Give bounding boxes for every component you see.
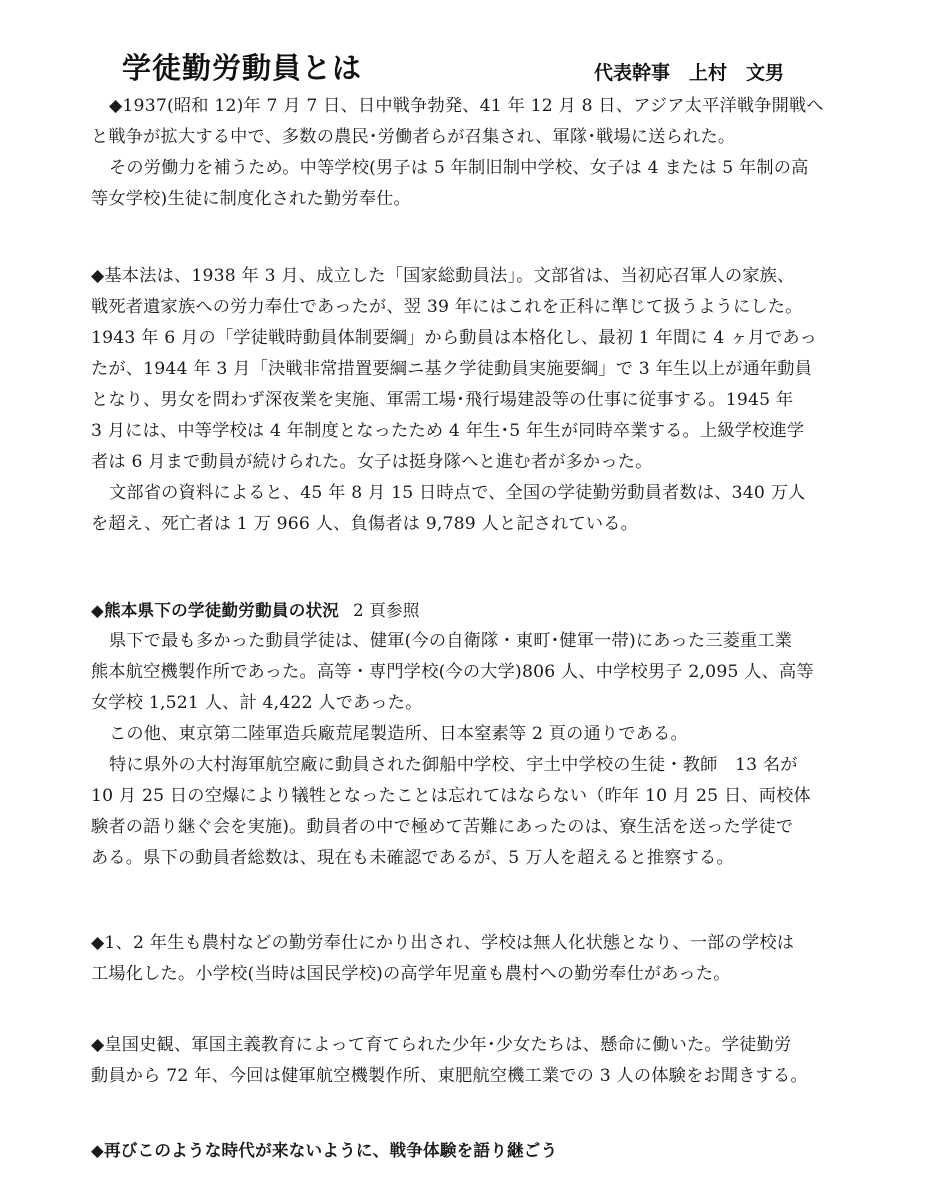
paragraph-line: 女学校 1,521 人、計 4,422 人であった。	[91, 688, 861, 719]
paragraph-line: ◆皇国史観、軍国主義教育によって育てられた少年･少女たちは、懸命に働いた。学徒勤…	[91, 1030, 861, 1061]
paragraph-line: 動員から 72 年、今回は健軍航空機製作所、東肥航空機工業での 3 人の体験をお…	[91, 1061, 861, 1092]
paragraph-line: この他、東京第二陸軍造兵廠荒尾製造所、日本窒素等 2 頁の通りである。	[91, 719, 861, 750]
paragraph-line: 工場化した。小学校(当時は国民学校)の高学年児童も農村への勤労奉仕があった。	[91, 959, 861, 990]
section-education: ◆皇国史観、軍国主義教育によって育てられた少年･少女たちは、懸命に働いた。学徒勤…	[91, 1030, 861, 1092]
paragraph-line: 熊本航空機製作所であった。高等・専門学校(今の大学)806 人、中学校男子 2,…	[91, 657, 861, 688]
section-young-students: ◆1、2 年生も農村などの勤労奉仕にかり出され、学校は無人化状態となり、一部の学…	[91, 928, 861, 990]
paragraph-line: 験者の語り継ぐ会を実施)。動員者の中で極めて苦難にあったのは、寮生活を送った学徒…	[91, 812, 861, 843]
paragraph-line: 県下で最も多かった動員学徒は、健軍(今の自衛隊・東町･健軍一帯)にあった三菱重工…	[91, 626, 861, 657]
paragraph-line: 3 月には、中等学校は 4 年制度となったため 4 年生･5 年生が同時卒業する…	[91, 416, 861, 447]
author-line: 代表幹事 上村 文男	[594, 58, 784, 85]
paragraph-line: を超え、死亡者は 1 万 966 人、負傷者は 9,789 人と記されている。	[91, 509, 861, 540]
paragraph-line: となり、男女を問わず深夜業を実施、軍需工場･飛行場建設等の仕事に従事する。194…	[91, 385, 861, 416]
paragraph-line: ◆基本法は、1938 年 3 月、成立した「国家総動員法」。文部省は、当初応召軍…	[91, 261, 861, 292]
paragraph-line: 戦死者遺家族への労力奉仕であったが、翌 39 年にはこれを正科に準じて扱うように…	[91, 292, 861, 323]
document-page: 学徒勤労動員とは 代表幹事 上村 文男 ◆1937(昭和 12)年 7 月 7 …	[0, 0, 946, 1200]
paragraph-line: と戦争が拡大する中で、多数の農民･労働者らが召集され、軍隊･戦場に送られた。	[91, 122, 861, 153]
closing-heading: ◆再びこのような時代が来ないように、戦争体験を語り継ごう	[91, 1135, 861, 1166]
paragraph-line: 1943 年 6 月の「学徒戦時動員体制要綱」から動員は本格化し、最初 1 年間…	[91, 323, 861, 354]
paragraph-line: ある。県下の動員者総数は、現在も未確認であるが、5 万人を超えると推察する。	[91, 843, 861, 874]
page-reference: 2 頁参照	[353, 601, 420, 620]
paragraph-line: ◆1、2 年生も農村などの勤労奉仕にかり出され、学校は無人化状態となり、一部の学…	[91, 928, 861, 959]
paragraph-line: 文部省の資料によると、45 年 8 月 15 日時点で、全国の学徒勤労動員者数は…	[91, 478, 861, 509]
section-kumamoto: ◆熊本県下の学徒勤労動員の状況2 頁参照 県下で最も多かった動員学徒は、健軍(今…	[91, 595, 861, 874]
paragraph-line: たが、1944 年 3 月「決戦非常措置要綱ニ基ク学徒動員実施要綱」で 3 年生…	[91, 354, 861, 385]
paragraph-line: その労働力を補うため。中等学校(男子は 5 年制旧制中学校、女子は 4 または …	[91, 153, 861, 184]
heading-text: ◆熊本県下の学徒勤労動員の状況	[91, 601, 339, 620]
paragraph-line: 等女学校)生徒に制度化された勤労奉仕。	[91, 184, 861, 215]
page-title: 学徒勤労動員とは	[122, 46, 362, 87]
section-intro: ◆1937(昭和 12)年 7 月 7 日、日中戦争勃発、41 年 12 月 8…	[91, 91, 861, 215]
paragraph-line: 者は 6 月まで動員が続けられた。女子は挺身隊へと進む者が多かった。	[91, 447, 861, 478]
section-law: ◆基本法は、1938 年 3 月、成立した「国家総動員法」。文部省は、当初応召軍…	[91, 261, 861, 540]
section-heading: ◆熊本県下の学徒勤労動員の状況2 頁参照	[91, 595, 861, 626]
paragraph-line: 特に県外の大村海軍航空廠に動員された御船中学校、宇土中学校の生徒・教師 13 名…	[91, 750, 861, 781]
paragraph-line: 10 月 25 日の空爆により犠牲となったことは忘れてはならない（昨年 10 月…	[91, 781, 861, 812]
paragraph-line: ◆1937(昭和 12)年 7 月 7 日、日中戦争勃発、41 年 12 月 8…	[91, 91, 861, 122]
section-closing: ◆再びこのような時代が来ないように、戦争体験を語り継ごう	[91, 1135, 861, 1166]
